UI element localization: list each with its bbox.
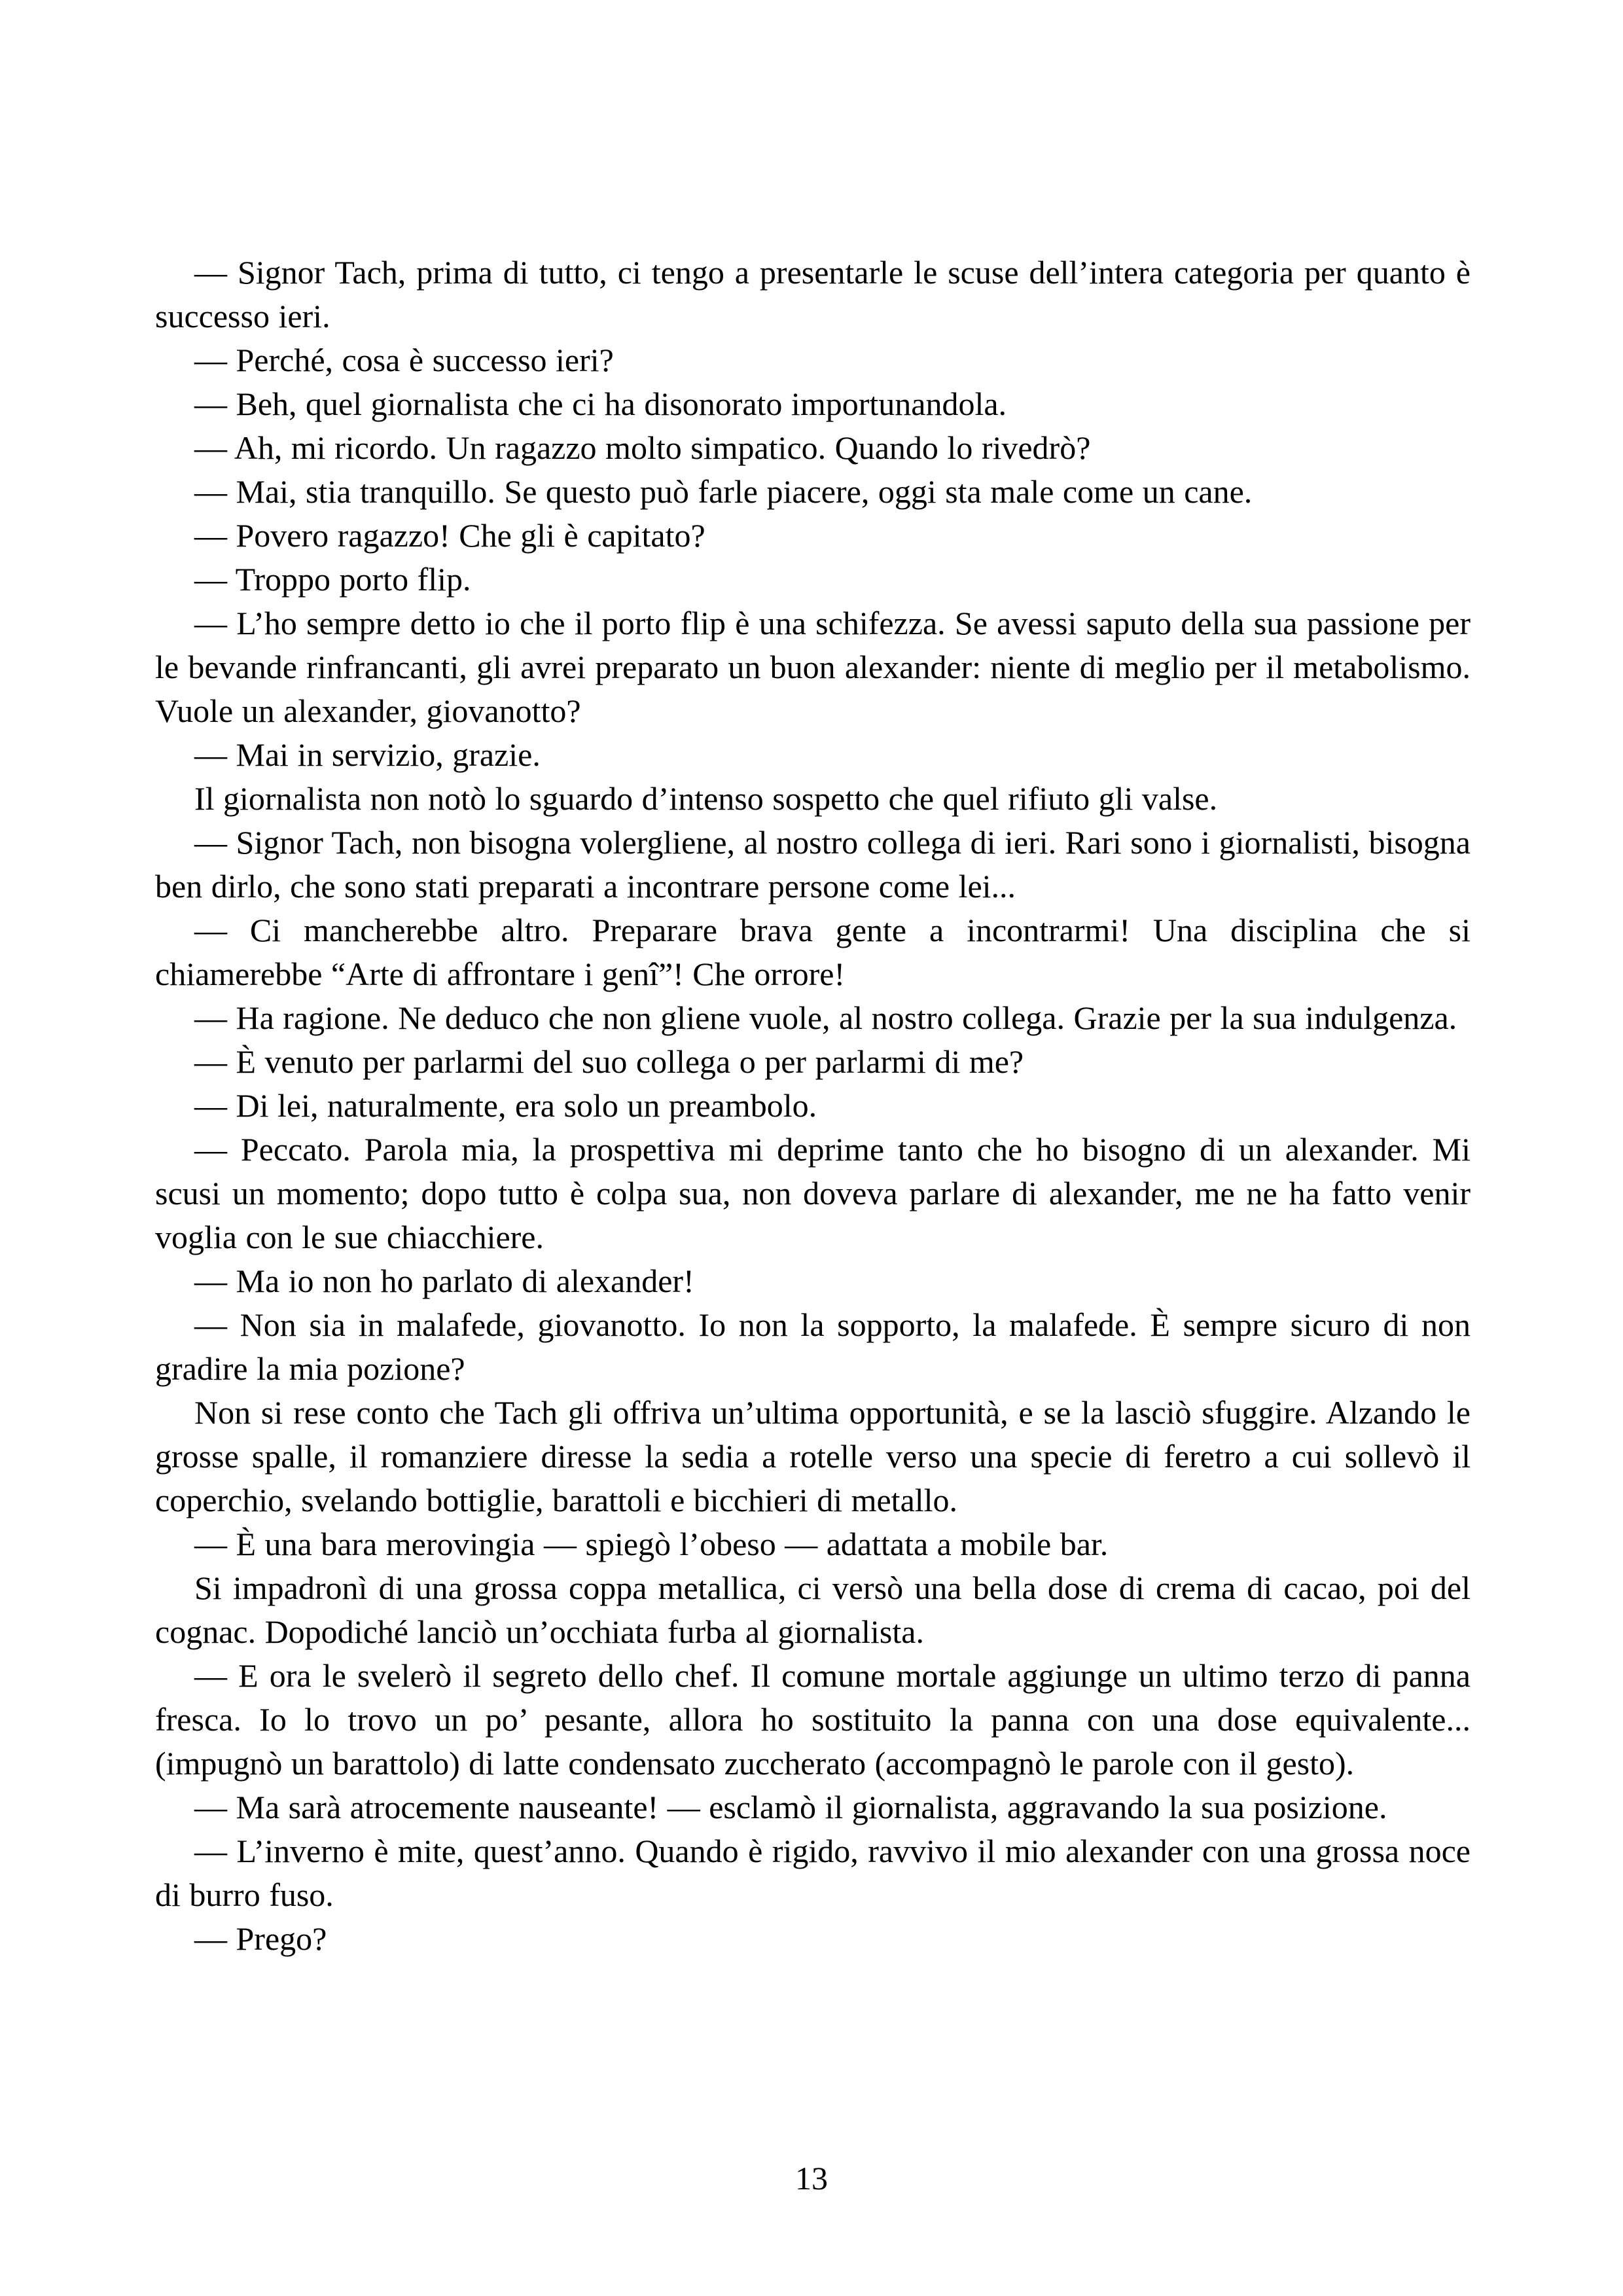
paragraph-14: — È venuto per parlarmi del suo collega … <box>155 1040 1471 1084</box>
book-page: — Signor Tach, prima di tutto, ci tengo … <box>0 0 1623 2296</box>
paragraph-13: — Ha ragione. Ne deduco che non gliene v… <box>155 996 1471 1040</box>
paragraph-17: — Ma io non ho parlato di alexander! <box>155 1259 1471 1303</box>
paragraph-6: — Povero ragazzo! Che gli è capitato? <box>155 514 1471 558</box>
paragraph-20: — È una bara merovingia — spiegò l’obeso… <box>155 1522 1471 1566</box>
paragraph-9: — Mai in servizio, grazie. <box>155 733 1471 777</box>
paragraph-12: — Ci mancherebbe altro. Preparare brava … <box>155 908 1471 996</box>
paragraph-23: — Ma sarà atrocemente nauseante! — escla… <box>155 1785 1471 1829</box>
paragraph-4: — Ah, mi ricordo. Un ragazzo molto simpa… <box>155 426 1471 470</box>
text-block: — Signor Tach, prima di tutto, ci tengo … <box>155 251 1471 1961</box>
paragraph-7: — Troppo porto flip. <box>155 558 1471 601</box>
paragraph-8: — L’ho sempre detto io che il porto flip… <box>155 601 1471 733</box>
paragraph-2: — Perché, cosa è successo ieri? <box>155 338 1471 382</box>
paragraph-1: — Signor Tach, prima di tutto, ci tengo … <box>155 251 1471 338</box>
paragraph-5: — Mai, stia tranquillo. Se questo può fa… <box>155 470 1471 514</box>
paragraph-18: — Non sia in malafede, giovanotto. Io no… <box>155 1303 1471 1391</box>
paragraph-10: Il giornalista non notò lo sguardo d’int… <box>155 777 1471 821</box>
paragraph-21: Si impadronì di una grossa coppa metalli… <box>155 1566 1471 1654</box>
page-number: 13 <box>0 2159 1623 2198</box>
paragraph-11: — Signor Tach, non bisogna volergliene, … <box>155 821 1471 908</box>
paragraph-22: — E ora le svelerò il segreto dello chef… <box>155 1654 1471 1785</box>
paragraph-25: — Prego? <box>155 1917 1471 1961</box>
paragraph-15: — Di lei, naturalmente, era solo un prea… <box>155 1084 1471 1128</box>
paragraph-19: Non si rese conto che Tach gli offriva u… <box>155 1391 1471 1522</box>
paragraph-24: — L’inverno è mite, quest’anno. Quando è… <box>155 1829 1471 1917</box>
paragraph-3: — Beh, quel giornalista che ci ha disono… <box>155 382 1471 426</box>
paragraph-16: — Peccato. Parola mia, la prospettiva mi… <box>155 1128 1471 1259</box>
